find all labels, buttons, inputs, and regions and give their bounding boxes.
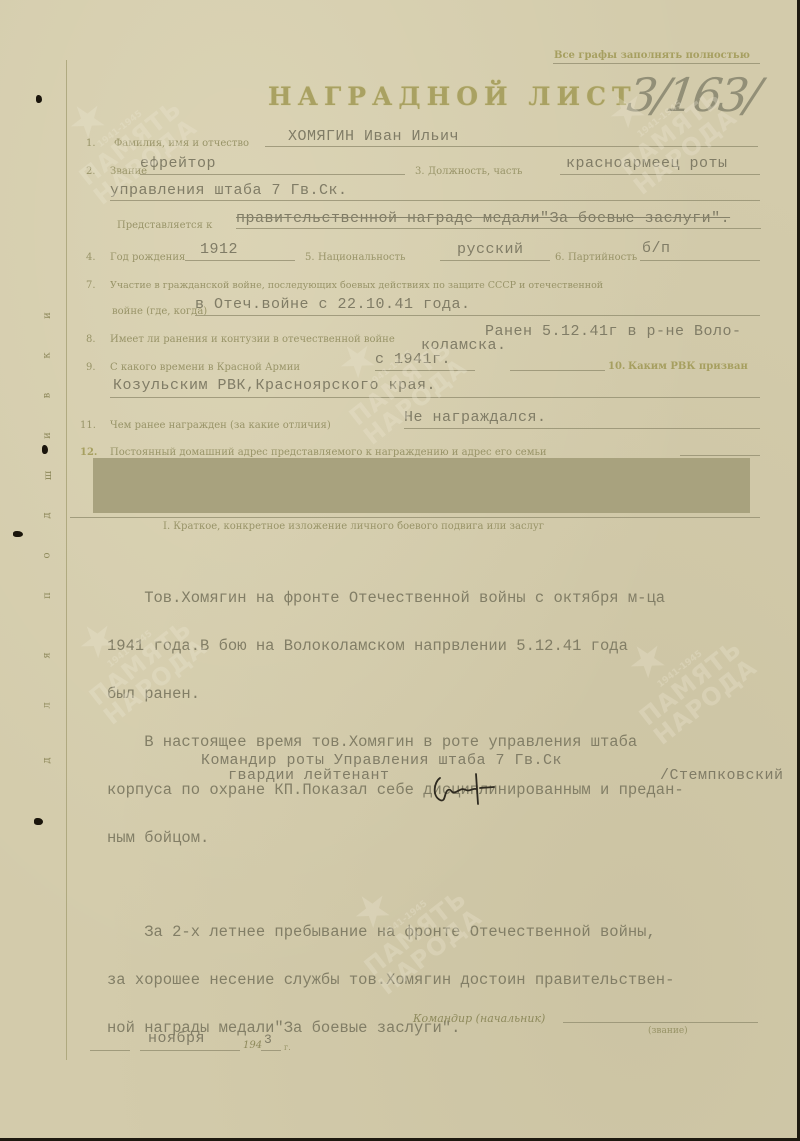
year-suffix-label: г.	[284, 1043, 291, 1052]
field-11-number: 11.	[80, 420, 96, 431]
narrative-line: ным бойцом.	[107, 830, 684, 846]
narrative-line: 1941 года.В бою на Волоколамском напрвле…	[107, 638, 684, 654]
field-7-number: 7.	[86, 280, 96, 291]
registry-number: 3/163/	[624, 68, 762, 122]
field-1-label: Фамилия, имя и отчество	[114, 138, 249, 149]
field-1-value: ХОМЯГИН Иван Ильич	[288, 128, 459, 145]
rank-label: (звание)	[648, 1026, 688, 1036]
field-9-label: С какого времени в Красной Армии	[110, 362, 300, 373]
narrative-line: за хорошее несение службы тов.Хомягин до…	[107, 972, 684, 988]
field-12-label: Постоянный домашний адрес представляемог…	[110, 447, 547, 458]
field-11-value: Не награждался.	[404, 409, 547, 426]
presented-for-label: Представляется к	[117, 220, 212, 231]
margin-rule	[66, 60, 67, 1060]
field-3-value: красноармеец роты	[566, 155, 728, 172]
section-heading: I. Краткое, конкретное изложение личного…	[163, 521, 544, 532]
field-3-value-cont: управления штаба 7 Гв.Ск.	[110, 182, 348, 199]
narrative-line: В настоящее время тов.Хомягин в роте упр…	[107, 734, 684, 750]
ink-blot	[36, 95, 42, 103]
field-4-number: 4.	[86, 252, 96, 263]
signatory-name: /Стемпковский	[660, 767, 784, 784]
field-10-label: Каким РВК призван	[628, 361, 748, 372]
field-5-number: 5.	[305, 252, 315, 263]
field-7-label: Участие в гражданской войне, последующих…	[110, 280, 603, 291]
field-11-label: Чем ранее награжден (за какие отличия)	[110, 420, 331, 431]
field-3-number: 3.	[415, 166, 425, 177]
instruction-note: Все графы заполнять полностью	[554, 50, 750, 61]
narrative-line: Тов.Хомягин на фронте Отечественной войн…	[107, 590, 684, 606]
field-8-value: Ранен 5.12.41г в р-не Воло-	[485, 323, 742, 340]
date-year-suffix: 3	[264, 1032, 272, 1047]
field-7-label-cont: войне (где, когда)	[112, 306, 207, 317]
field-12-number: 12.	[80, 447, 97, 458]
field-10-value: Козульским РВК,Красноярского края.	[113, 377, 436, 394]
ink-blot	[13, 531, 23, 537]
field-9-number: 9.	[86, 362, 96, 373]
commander-label: Командир (начальник)	[413, 1012, 545, 1025]
field-1-number: 1.	[86, 138, 96, 149]
handwritten-signature	[432, 770, 502, 806]
narrative-line	[107, 878, 684, 892]
narrative-line: корпуса по охране КП.Показал себе дисцип…	[107, 782, 684, 798]
date-year-prefix: 194	[243, 1040, 262, 1051]
field-5-label: Национальность	[318, 252, 406, 263]
narrative-line: За 2-х летнее пребывание на фронте Отече…	[107, 924, 684, 940]
field-5-value: русский	[457, 241, 524, 258]
signatory-rank: гвардии лейтенант	[228, 767, 390, 784]
field-6-label: Партийность	[568, 252, 637, 263]
ink-blot	[34, 818, 43, 825]
field-2-number: 2.	[86, 166, 96, 177]
page-title: НАГРАДНОЙ ЛИСТ	[268, 82, 637, 111]
field-2-value: ефрейтор	[140, 155, 216, 172]
field-4-label: Год рождения	[110, 252, 185, 263]
field-7-value: в Отеч.войне с 22.10.41 года.	[195, 296, 471, 313]
ink-blot	[42, 445, 48, 454]
field-6-value: б/п	[642, 240, 671, 257]
field-6-number: 6.	[555, 252, 565, 263]
field-3-label: Должность, часть	[428, 166, 522, 177]
field-10-number: 10.	[608, 361, 625, 372]
field-9-value: с 1941г.	[375, 351, 451, 368]
field-4-value: 1912	[200, 241, 238, 258]
field-8-number: 8.	[86, 334, 96, 345]
date-month: ноября	[148, 1030, 205, 1047]
narrative-line: был ранен.	[107, 686, 684, 702]
field-8-label: Имеет ли ранения и контузии в отечествен…	[110, 334, 395, 345]
presented-for-value: правительственной награде медали"За боев…	[236, 210, 730, 227]
narrative-text: Тов.Хомягин на фронте Отечественной войн…	[107, 558, 684, 1068]
redacted-address-block	[93, 458, 750, 513]
award-sheet-page: икви шдоп ялд Все графы заполнять полнос…	[0, 0, 797, 1138]
